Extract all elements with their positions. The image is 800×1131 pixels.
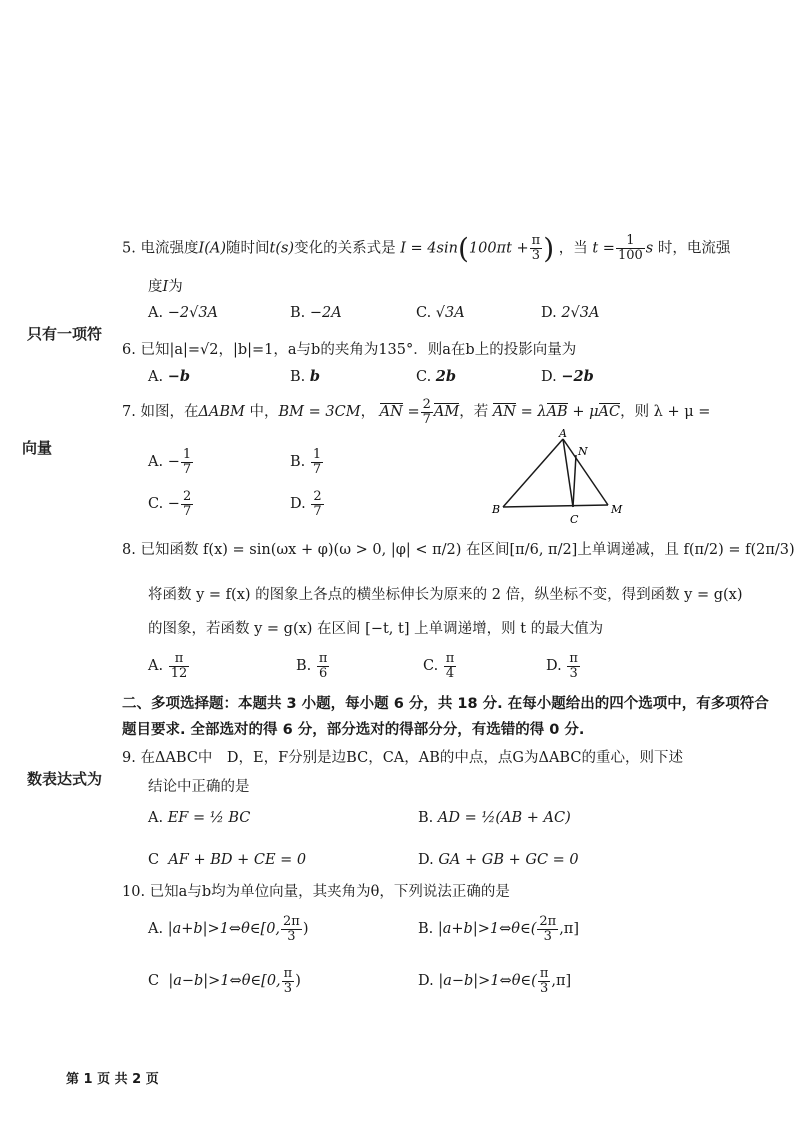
section-2-heading-line2: 题目要求. 全部选对的得 6 分，部分选对的得部分分，有选错的得 0 分. (122, 718, 584, 739)
triangle-figure: A N B C M (490, 425, 640, 530)
question-9-line1: 9. 在ΔABC中 D，E，F分别是边BC，CA，AB的中点，点G为ΔABC的重… (122, 746, 683, 767)
page-footer: 第 1 页 共 2 页 (66, 1068, 159, 1087)
q9-option-d[interactable]: D. GA + GB + GC = 0 (418, 852, 579, 868)
q5-option-c[interactable]: C. √3A (416, 305, 465, 321)
q8-option-c[interactable]: C. π4 (423, 652, 457, 680)
question-5-stem-line2: 度I为 (148, 275, 183, 296)
q6-option-b[interactable]: B. b (290, 368, 320, 385)
point-b-label: B (491, 503, 500, 516)
question-9-line2: 结论中正确的是 (148, 775, 250, 796)
q10-option-c[interactable]: C |a−b|>1⇔θ∈[0,π3) (148, 967, 301, 995)
question-8-line3: 的图象，若函数 y = g(x) 在区间 [−t, t] 上单调递增，则 t 的… (148, 617, 603, 638)
q8-option-a[interactable]: A. π12 (148, 652, 190, 680)
point-n-label: N (577, 445, 588, 458)
question-5-stem: 5. 电流强度I(A)随时间t(s)变化的关系式是 I = 4sin(100πt… (122, 232, 730, 265)
point-c-label: C (570, 513, 579, 526)
q10-option-b[interactable]: B. |a+b|>1⇔θ∈(2π3,π] (418, 915, 579, 943)
fraction: π3 (530, 234, 543, 262)
fraction: 1100 (616, 234, 645, 262)
margin-note-1: 只有一项符 (27, 323, 102, 344)
q9-option-b[interactable]: B. AD = ½(AB + AC) (418, 810, 571, 826)
margin-note-3: 数表达式为 (27, 768, 102, 789)
q9-option-a[interactable]: A. EF = ½ BC (148, 810, 250, 826)
q5-option-a[interactable]: A. −2√3A (148, 305, 218, 321)
q9-option-c[interactable]: C AF + BD + CE = 0 (148, 852, 306, 868)
point-m-label: M (610, 503, 623, 516)
q8-option-b[interactable]: B. π6 (296, 652, 330, 680)
q7-option-c[interactable]: C. −27 (148, 490, 194, 518)
q5-option-d[interactable]: D. 2√3A (541, 305, 600, 321)
question-6-stem: 6. 已知|a|=√2，|b|=1，a与b的夹角为135°．则a在b上的投影向量… (122, 338, 576, 359)
section-2-heading-line1: 二、多项选择题：本题共 3 小题，每小题 6 分，共 18 分. 在每小题给出的… (122, 692, 769, 713)
q8-option-d[interactable]: D. π3 (546, 652, 581, 680)
q10-option-d[interactable]: D. |a−b|>1⇔θ∈(π3,π] (418, 967, 571, 995)
question-8-line1: 8. 已知函数 f(x) = sin(ωx + φ)(ω > 0, |φ| < … (122, 538, 800, 559)
q6-option-c[interactable]: C. 2b (416, 368, 456, 385)
question-7-stem: 7. 如图，在ΔABM 中，BM = 3CM， AN =27AM，若 AN = … (122, 398, 710, 426)
q6-option-a[interactable]: A. −b (148, 368, 190, 385)
question-8-line2: 将函数 y = f(x) 的图象上各点的横坐标伸长为原来的 2 倍，纵坐标不变，… (148, 583, 743, 604)
q10-option-a[interactable]: A. |a+b|>1⇔θ∈[0,2π3) (148, 915, 309, 943)
question-10-stem: 10. 已知a与b均为单位向量，其夹角为θ，下列说法正确的是 (122, 880, 510, 901)
q7-option-a[interactable]: A. −17 (148, 448, 194, 476)
q6-option-d[interactable]: D. −2b (541, 368, 594, 385)
margin-note-2: 向量 (22, 437, 52, 458)
point-a-label: A (558, 427, 567, 440)
q7-option-d[interactable]: D. 27 (290, 490, 325, 518)
q5-option-b[interactable]: B. −2A (290, 305, 342, 321)
q7-option-b[interactable]: B. 17 (290, 448, 324, 476)
